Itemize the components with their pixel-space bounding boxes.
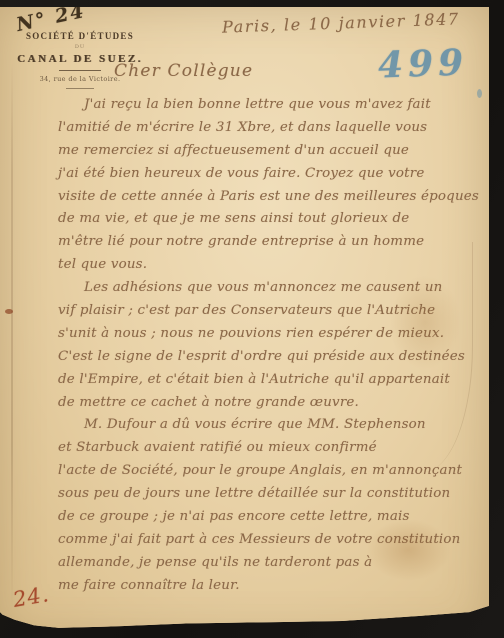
letterhead-rule xyxy=(66,88,94,89)
manuscript-line: de ma vie, et que je me sens ainsi tout … xyxy=(58,208,486,231)
paper-stain xyxy=(389,275,461,370)
fold-crease xyxy=(11,62,13,610)
letterhead-society-name: SOCIÉTÉ D'ÉTUDES xyxy=(4,31,156,41)
manuscript-line: J'ai reçu la bien bonne lettre que vous … xyxy=(58,94,486,117)
paper-stain xyxy=(366,519,451,581)
ink-spot xyxy=(5,309,13,314)
letter-page: N° 24 SOCIÉTÉ D'ÉTUDES DU CANAL DE SUEZ.… xyxy=(0,7,489,638)
letterhead-du: DU xyxy=(4,44,156,50)
manuscript-line: visite de cette année à Paris est une de… xyxy=(58,186,486,209)
manuscript-line: l'amitié de m'écrire le 31 Xbre, et dans… xyxy=(58,117,486,140)
manuscript-line: j'ai été bien heureux de vous faire. Cro… xyxy=(58,163,486,186)
manuscript-line: me remerciez si affectueusement d'un acc… xyxy=(58,140,486,163)
folio-number-blue-pencil: 499 xyxy=(377,41,469,86)
salutation: Cher Collègue xyxy=(114,61,253,81)
page-number-red-ink: 24. xyxy=(11,582,51,612)
dateline: Paris, le 10 janvier 1847 xyxy=(222,8,488,36)
pencil-speck xyxy=(477,89,482,98)
scan-background: N° 24 SOCIÉTÉ D'ÉTUDES DU CANAL DE SUEZ.… xyxy=(0,0,504,638)
letterhead-rule xyxy=(59,70,101,71)
manuscript-line: sous peu de jours une lettre détaillée s… xyxy=(58,483,486,506)
